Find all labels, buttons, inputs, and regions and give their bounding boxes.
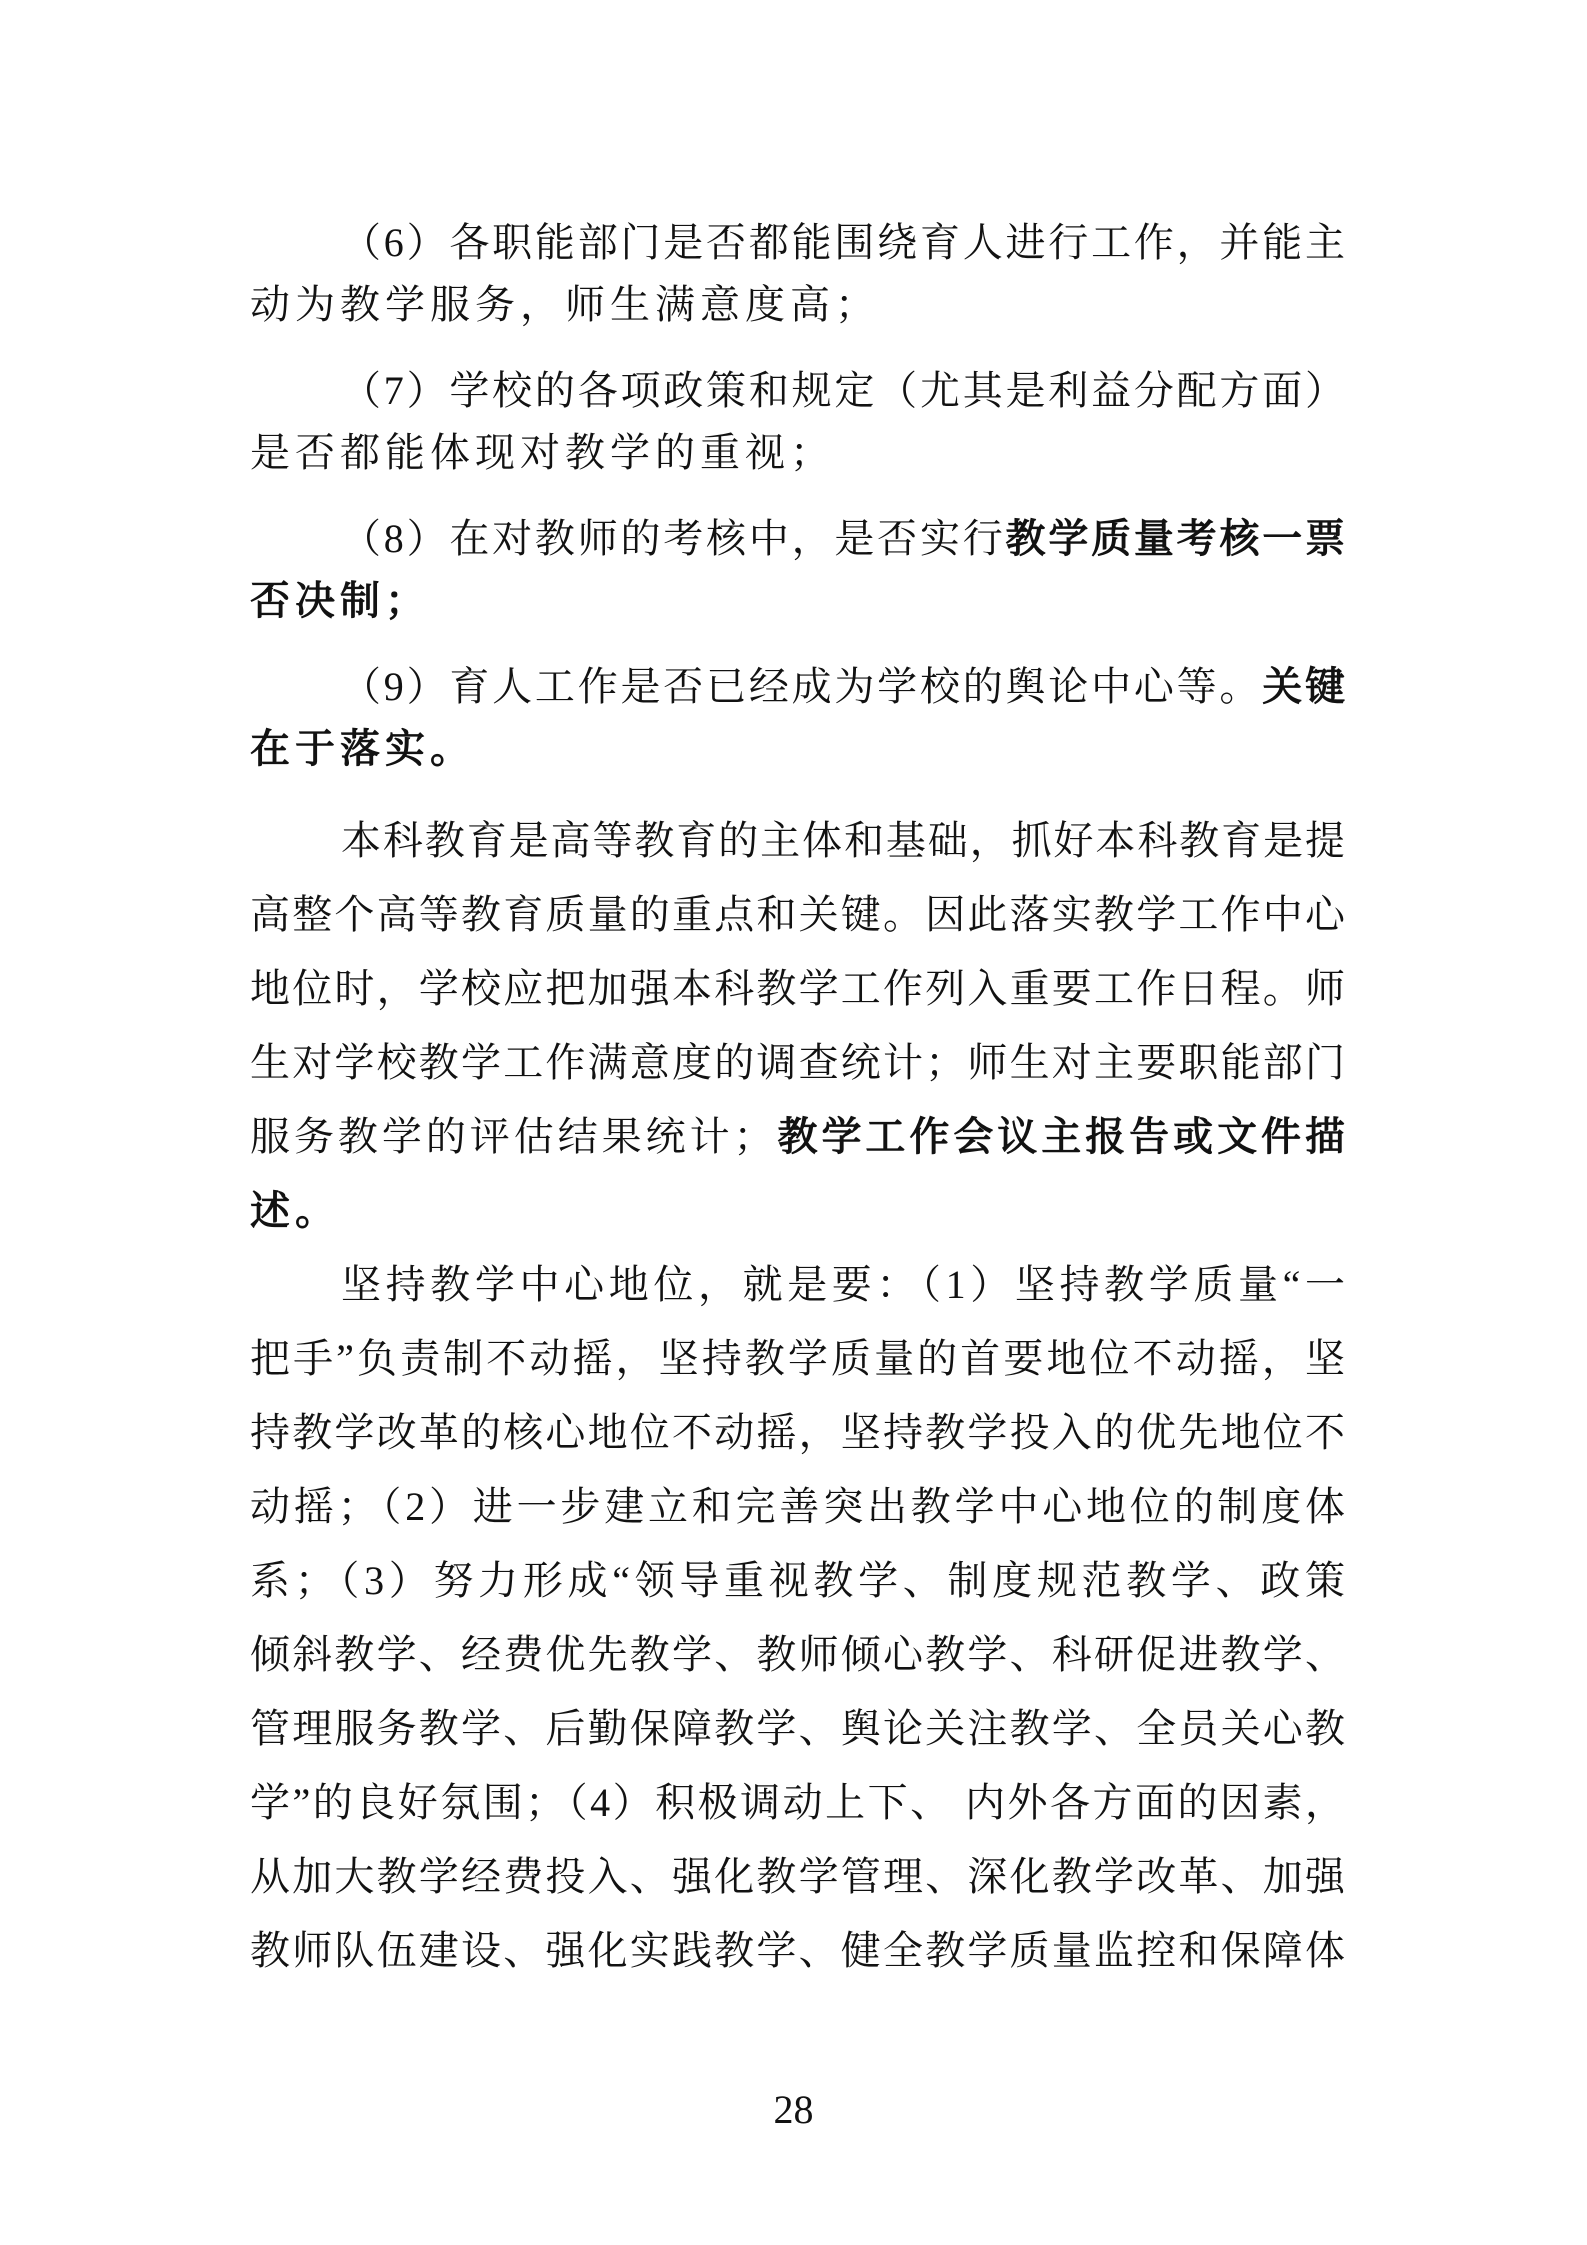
paragraph: 本科教育是高等教育的主体和基础，抓好本科教育是提高整个高等教育质量的重点和关键。… bbox=[250, 804, 1345, 1248]
text-segment: 倾斜教学、经费优先教学、教师倾心教学、科研促进教学、 bbox=[250, 1632, 1345, 1677]
bold-text-segment: 教学工作会议主报告或文件描 bbox=[774, 1114, 1345, 1159]
text-segment: 管理服务教学、后勤保障教学、舆论关注教学、全员关心教 bbox=[250, 1706, 1345, 1751]
text-line: 动为教学服务，师生满意度高； bbox=[250, 274, 1345, 336]
paragraph: （8）在对教师的考核中，是否实行教学质量考核一票否决制； bbox=[250, 508, 1345, 632]
text-segment: 是否都能体现对教学的重视； bbox=[250, 430, 835, 475]
text-line: （9）育人工作是否已经成为学校的舆论中心等。关键 bbox=[250, 656, 1345, 718]
text-line: （6）各职能部门是否都能围绕育人进行工作，并能主 bbox=[250, 212, 1345, 274]
text-line: 生对学校教学工作满意度的调查统计；师生对主要职能部门 bbox=[250, 1026, 1345, 1100]
text-line: （7）学校的各项政策和规定（尤其是利益分配方面） bbox=[250, 360, 1345, 422]
text-segment: 本科教育是高等教育的主体和基础，抓好本科教育是提 bbox=[341, 818, 1345, 863]
bold-text-segment: 关键 bbox=[1262, 664, 1345, 709]
text-line: 学”的良好氛围；（4）积极调动上下、 内外各方面的因素， bbox=[250, 1766, 1345, 1840]
bold-text-segment: 教学质量考核一票 bbox=[1006, 516, 1345, 561]
text-line: 地位时，学校应把加强本科教学工作列入重要工作日程。师 bbox=[250, 952, 1345, 1026]
text-segment: 从加大教学经费投入、强化教学管理、深化教学改革、加强 bbox=[250, 1854, 1345, 1899]
document-page: （6）各职能部门是否都能围绕育人进行工作，并能主动为教学服务，师生满意度高；（7… bbox=[0, 0, 1587, 2245]
text-line: 述。 bbox=[250, 1174, 1345, 1248]
paragraph: （7）学校的各项政策和规定（尤其是利益分配方面）是否都能体现对教学的重视； bbox=[250, 360, 1345, 484]
paragraph: 坚持教学中心地位，就是要：（1）坚持教学质量“一把手”负责制不动摇，坚持教学质量… bbox=[250, 1248, 1345, 1988]
text-line: 从加大教学经费投入、强化教学管理、深化教学改革、加强 bbox=[250, 1840, 1345, 1914]
text-segment: 坚持教学中心地位，就是要：（1）坚持教学质量“一 bbox=[341, 1262, 1345, 1307]
document-text: （6）各职能部门是否都能围绕育人进行工作，并能主动为教学服务，师生满意度高；（7… bbox=[250, 212, 1345, 1988]
text-line: 管理服务教学、后勤保障教学、舆论关注教学、全员关心教 bbox=[250, 1692, 1345, 1766]
text-segment: 动摇；（2）进一步建立和完善突出教学中心地位的制度体 bbox=[250, 1484, 1345, 1529]
text-line: 坚持教学中心地位，就是要：（1）坚持教学质量“一 bbox=[250, 1248, 1345, 1322]
text-line: 教师队伍建设、强化实践教学、健全教学质量监控和保障体 bbox=[250, 1914, 1345, 1988]
bold-text-segment: 在于落实。 bbox=[250, 726, 475, 771]
text-line: 是否都能体现对教学的重视； bbox=[250, 422, 1345, 484]
text-line: （8）在对教师的考核中，是否实行教学质量考核一票 bbox=[250, 508, 1345, 570]
text-segment: 高整个高等教育质量的重点和关键。因此落实教学工作中心 bbox=[250, 892, 1345, 937]
text-segment: 教师队伍建设、强化实践教学、健全教学质量监控和保障体 bbox=[250, 1928, 1345, 1973]
text-segment: 把手”负责制不动摇，坚持教学质量的首要地位不动摇，坚 bbox=[250, 1336, 1345, 1381]
bold-text-segment: 否决制； bbox=[250, 578, 430, 623]
text-segment: 学”的良好氛围；（4）积极调动上下、 内外各方面的因素， bbox=[250, 1780, 1345, 1825]
text-line: 倾斜教学、经费优先教学、教师倾心教学、科研促进教学、 bbox=[250, 1618, 1345, 1692]
text-segment: 服务教学的评估结果统计； bbox=[250, 1114, 774, 1159]
text-segment: 地位时，学校应把加强本科教学工作列入重要工作日程。师 bbox=[250, 966, 1345, 1011]
text-line: 系；（3）努力形成“领导重视教学、制度规范教学、政策 bbox=[250, 1544, 1345, 1618]
text-segment: （7）学校的各项政策和规定（尤其是利益分配方面） bbox=[341, 368, 1345, 413]
text-segment: 动为教学服务，师生满意度高； bbox=[250, 282, 880, 327]
text-segment: 生对学校教学工作满意度的调查统计；师生对主要职能部门 bbox=[250, 1040, 1345, 1085]
text-line: 持教学改革的核心地位不动摇，坚持教学投入的优先地位不 bbox=[250, 1396, 1345, 1470]
text-segment: （9）育人工作是否已经成为学校的舆论中心等。 bbox=[341, 664, 1262, 709]
text-line: 把手”负责制不动摇，坚持教学质量的首要地位不动摇，坚 bbox=[250, 1322, 1345, 1396]
text-line: 动摇；（2）进一步建立和完善突出教学中心地位的制度体 bbox=[250, 1470, 1345, 1544]
text-line: 在于落实。 bbox=[250, 718, 1345, 780]
page-number: 28 bbox=[0, 2088, 1587, 2132]
paragraph: （9）育人工作是否已经成为学校的舆论中心等。关键在于落实。 bbox=[250, 656, 1345, 780]
text-line: 否决制； bbox=[250, 570, 1345, 632]
text-line: 本科教育是高等教育的主体和基础，抓好本科教育是提 bbox=[250, 804, 1345, 878]
text-segment: 系；（3）努力形成“领导重视教学、制度规范教学、政策 bbox=[250, 1558, 1345, 1603]
text-segment: 持教学改革的核心地位不动摇，坚持教学投入的优先地位不 bbox=[250, 1410, 1345, 1455]
text-segment: （8）在对教师的考核中，是否实行 bbox=[341, 516, 1006, 561]
text-line: 服务教学的评估结果统计；教学工作会议主报告或文件描 bbox=[250, 1100, 1345, 1174]
text-segment: （6）各职能部门是否都能围绕育人进行工作，并能主 bbox=[341, 220, 1345, 265]
bold-text-segment: 述。 bbox=[250, 1188, 340, 1233]
paragraph: （6）各职能部门是否都能围绕育人进行工作，并能主动为教学服务，师生满意度高； bbox=[250, 212, 1345, 336]
text-line: 高整个高等教育质量的重点和关键。因此落实教学工作中心 bbox=[250, 878, 1345, 952]
